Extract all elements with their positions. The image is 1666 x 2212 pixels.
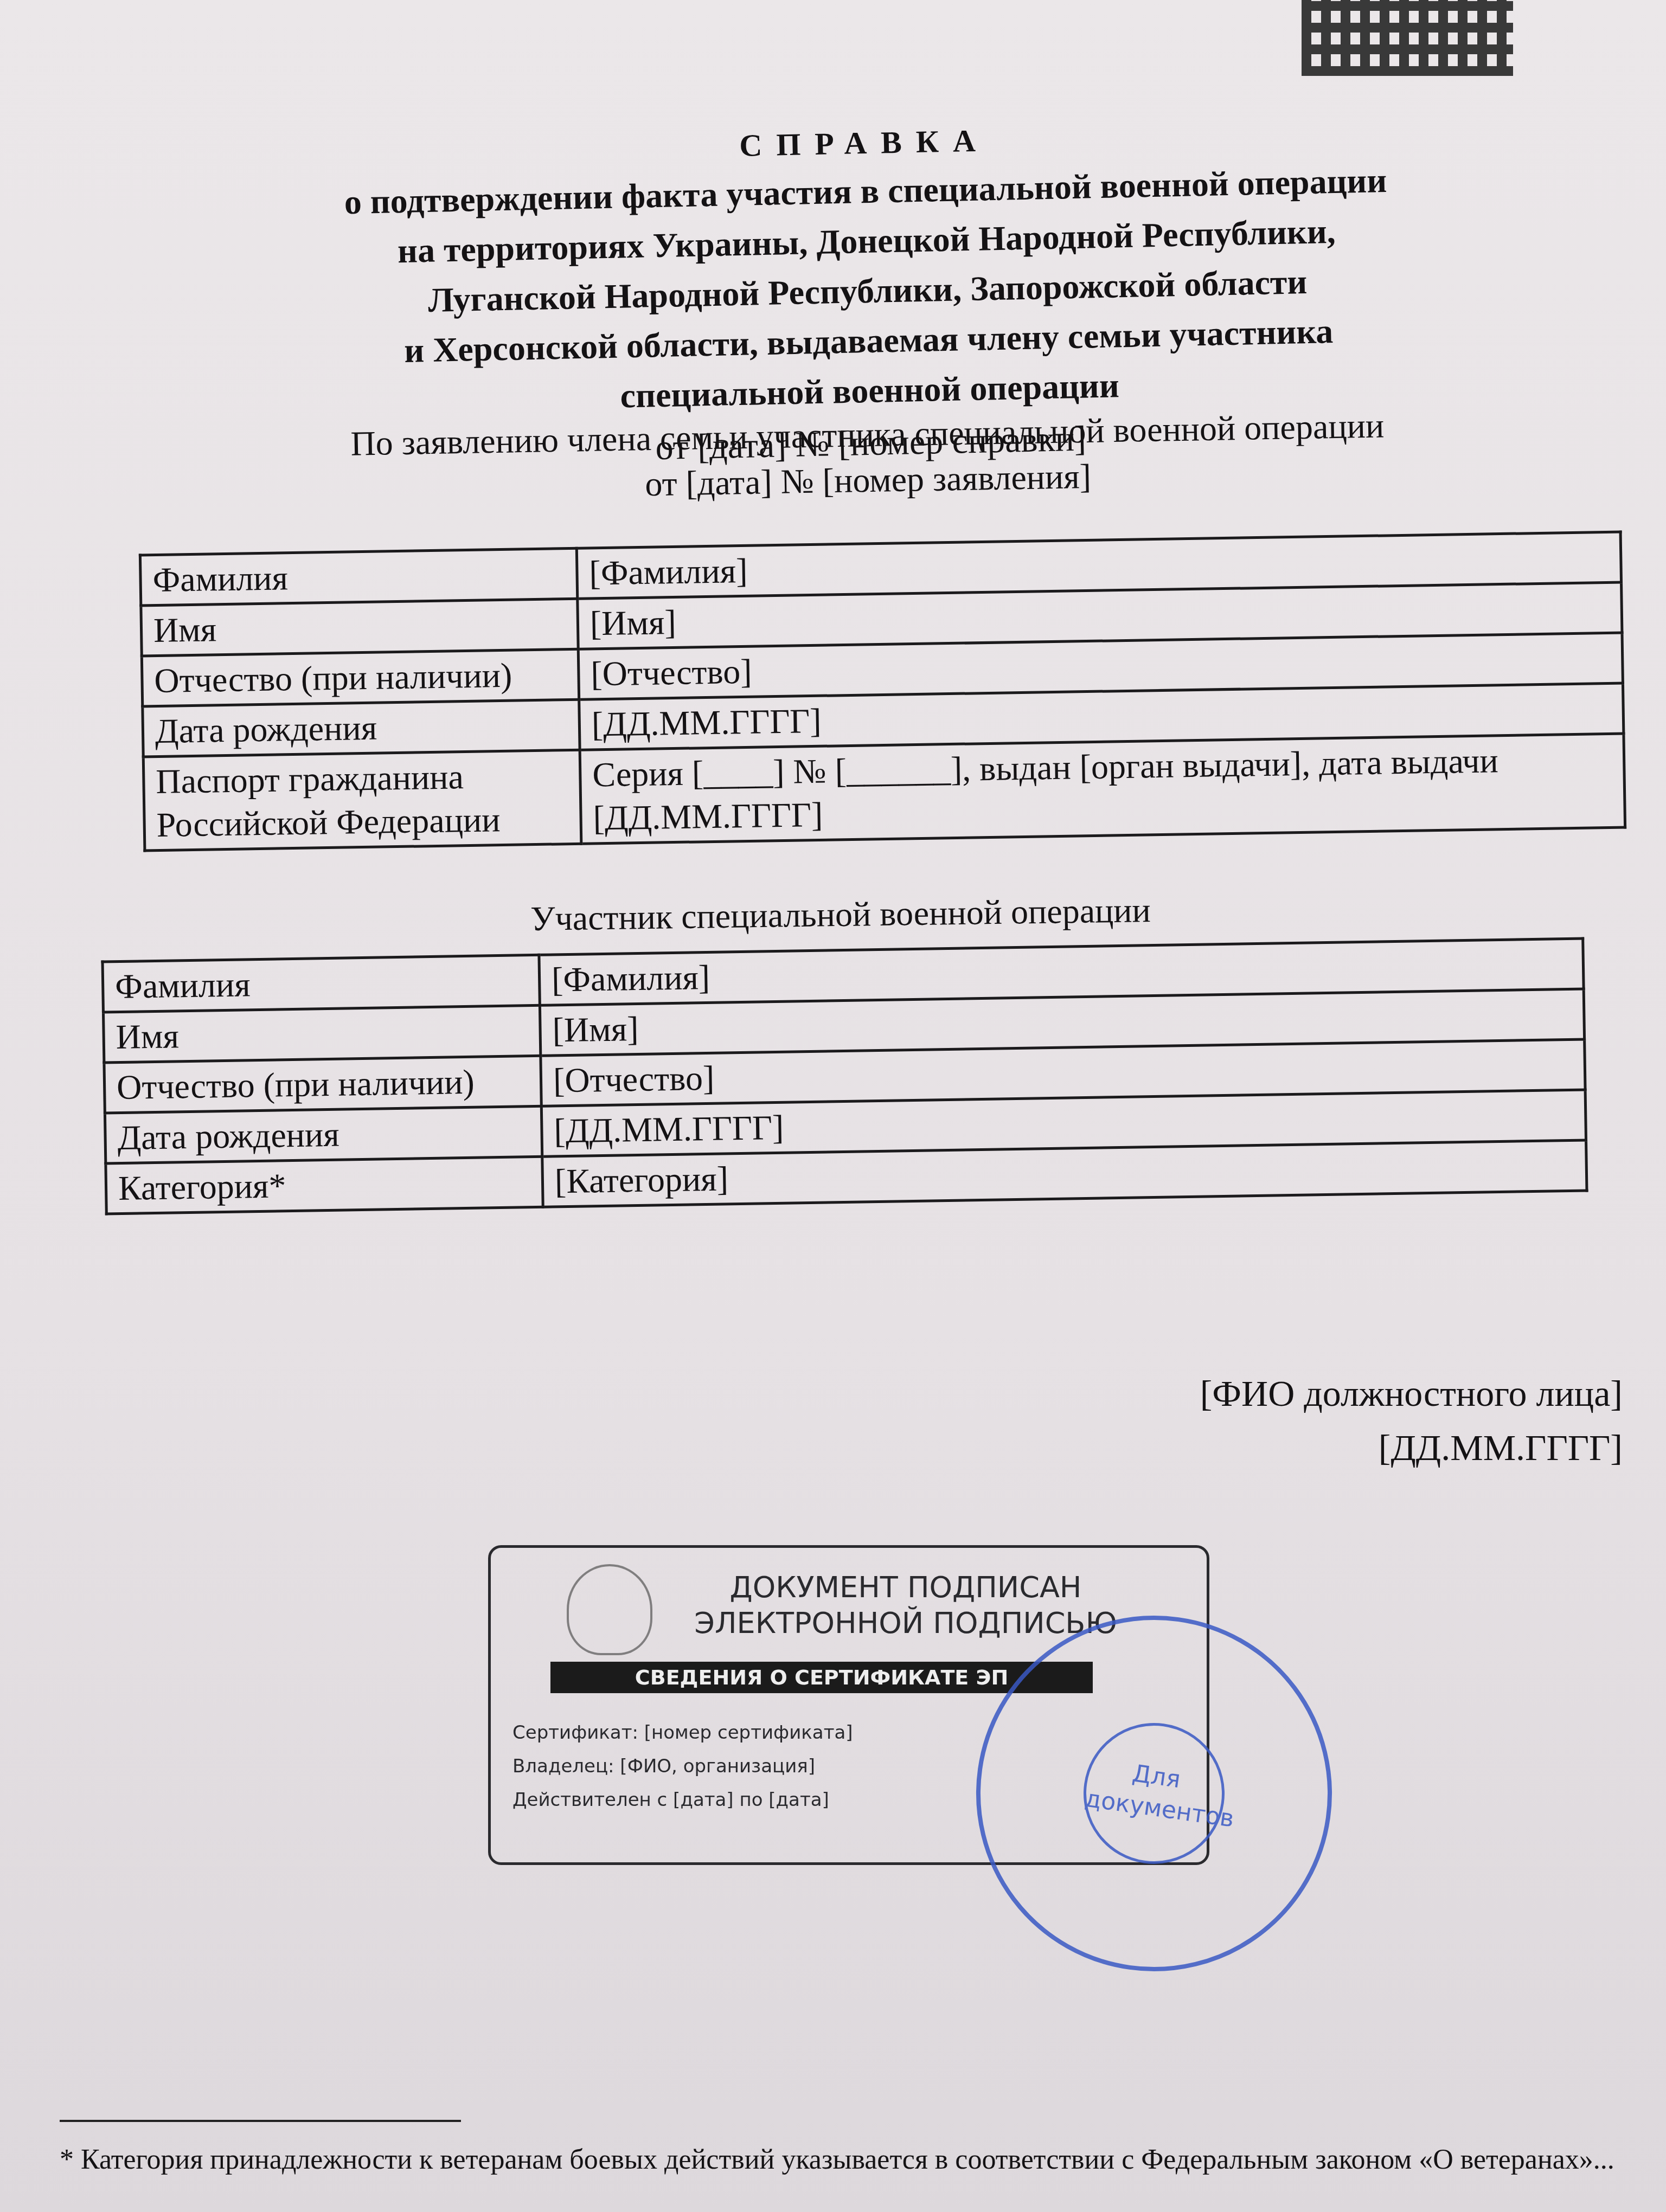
- signatory-name: [ФИО должностного лица]: [1200, 1366, 1623, 1420]
- esign-title: ДОКУМЕНТ ПОДПИСАН ЭЛЕКТРОННОЙ ПОДПИСЬЮ: [675, 1570, 1136, 1641]
- document-page: СПРАВКА о подтверждении факта участия в …: [0, 0, 1666, 2212]
- row-label: Дата рождения: [143, 699, 580, 757]
- signature-date: [ДД.ММ.ГГГГ]: [1200, 1420, 1623, 1475]
- signature-block: [ФИО должностного лица] [ДД.ММ.ГГГГ]: [1200, 1366, 1623, 1475]
- participant-caption: Участник специальной военной операции: [325, 888, 1356, 942]
- seal-center: Для документов: [1074, 1714, 1234, 1873]
- certificate-owner: Владелец: [ФИО, организация]: [512, 1750, 853, 1783]
- row-label: Фамилия: [140, 548, 577, 606]
- certificate-validity: Действителен с [дата] по [дата]: [512, 1783, 853, 1817]
- esign-title-line: ЭЛЕКТРОННОЙ ПОДПИСЬЮ: [675, 1605, 1136, 1641]
- row-label: Имя: [141, 599, 578, 656]
- row-label: Имя: [103, 1005, 540, 1063]
- certificate-details: Сертификат: [номер сертификата] Владелец…: [512, 1716, 853, 1817]
- row-value: Серия [____] № [______], выдан [орган вы…: [580, 734, 1625, 844]
- footnote: * Категория принадлежности к ветеранам б…: [60, 2142, 1649, 2178]
- document-subtitle: о подтверждении факта участия в специаль…: [241, 153, 1494, 429]
- certificate-number: Сертификат: [номер сертификата]: [512, 1716, 853, 1750]
- row-label: Паспорт гражданина Российской Федерации: [143, 750, 581, 851]
- row-label: Дата рождения: [105, 1106, 542, 1163]
- participant-table: Фамилия[Фамилия] Имя[Имя] Отчество (при …: [101, 937, 1588, 1216]
- esign-title-line: ДОКУМЕНТ ПОДПИСАН: [675, 1570, 1136, 1605]
- row-label: Отчество (при наличии): [142, 649, 579, 706]
- row-label: Отчество (при наличии): [104, 1056, 541, 1113]
- coat-of-arms-icon: [567, 1564, 652, 1655]
- applicant-table: Фамилия[Фамилия] Имя[Имя] Отчество (при …: [139, 531, 1626, 852]
- footnote-divider: [60, 2120, 461, 2122]
- row-label: Категория*: [106, 1156, 543, 1214]
- row-label: Фамилия: [102, 955, 540, 1012]
- qr-code: [1302, 0, 1513, 76]
